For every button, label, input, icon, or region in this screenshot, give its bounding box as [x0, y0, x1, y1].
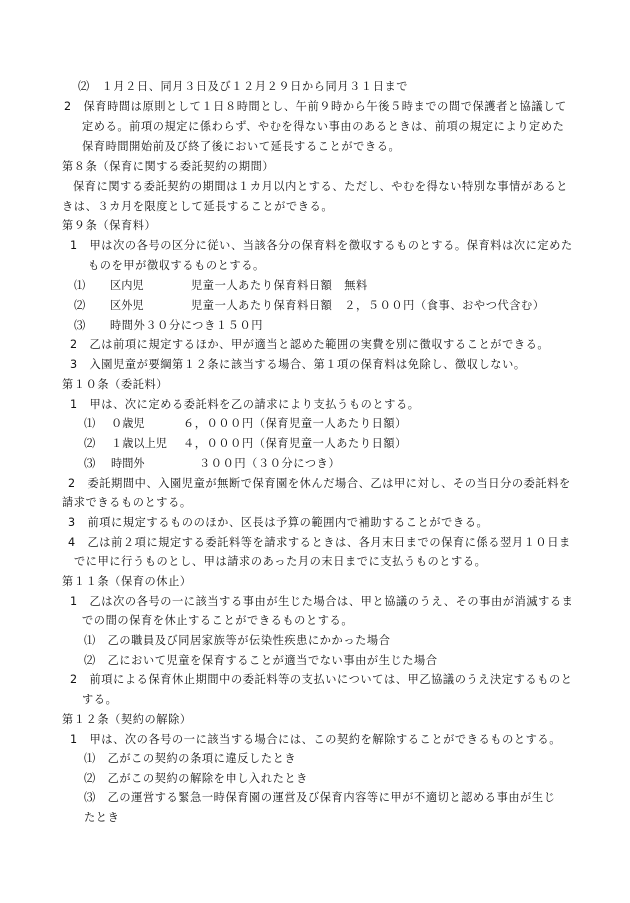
item-label: 時間外: [111, 457, 145, 471]
paragraph-line: 2 乙は前項に規定するほか、甲が適当と認めた範囲の実費を別に徴収することができる…: [70, 338, 549, 352]
item-value: 児童一人あたり保育料日額 ２，５００円（食事、おやつ代含む）: [191, 299, 545, 313]
list-item: ⑵ 乙において児童を保育することが適当でない事由が生じた場合: [84, 654, 438, 668]
item-number: ⑵: [84, 437, 95, 451]
item-number: ⑴: [74, 279, 85, 293]
item-value: 児童一人あたり保育料日額 無料: [191, 279, 368, 293]
paragraph-line: 4 乙は前２項に規定する委託料等を請求するときは、各月末日までの保育に係る翌月１…: [68, 536, 571, 550]
paragraph-line: 1 乙は次の各号の一に該当する事由が生じた場合は、甲と協議のうえ、その事由が消滅…: [70, 595, 573, 609]
item-number: ⑶: [84, 457, 95, 471]
item-label: １歳以上児: [111, 437, 167, 451]
document-page: ⑵ １月２日、同月３日及び１２月２９日から同月３１日まで 2 保育時間は原則とし…: [0, 0, 630, 903]
article-heading: 第１２条（契約の解除）: [62, 713, 192, 727]
item-label: 時間外３０分につき１５０円: [110, 319, 263, 333]
item-label: 区内児: [110, 279, 144, 293]
paragraph-line: たとき: [84, 811, 119, 825]
list-item: ⑶ 乙の運営する緊急一時保育園の運営及び保育内容等に甲が不適切と認める事由が生じ: [84, 791, 556, 805]
list-item: ⑵ 乙がこの契約の解除を申し入れたとき: [84, 772, 308, 786]
article-heading: 第９条（保育料）: [62, 219, 156, 233]
item-value: ４，０００円（保育児童一人あたり日額）: [183, 437, 407, 451]
article-heading: 第１０条（委託料）: [62, 378, 168, 392]
paragraph-line: 3 入園児童が要綱第１２条に該当する場合、第１項の保育料は免除し、徴収しない。: [70, 358, 526, 372]
paragraph-line: 保育に関する委託契約の期間は１カ月以内とする、ただし、やむを得ない特別な事情があ…: [73, 180, 568, 194]
paragraph-line: 3 前項に規定するもののほか、区長は予算の範囲内で補助することができる。: [68, 516, 488, 530]
paragraph-line: での間の保育を休止することができるものとする。: [82, 614, 353, 628]
item-label: 区外児: [110, 299, 144, 313]
paragraph-line: 1 甲は、次の各号の一に該当する場合には、この契約を解除することができるものとす…: [70, 733, 561, 747]
paragraph-line: 2 前項による保育休止期間中の委託料等の支払いについては、甲乙協議のうえ決定する…: [70, 673, 573, 687]
paragraph-line: 請求できるものとする。: [62, 496, 192, 510]
article-heading: 第１１条（保育の休止）: [62, 575, 192, 589]
item-label: ０歳児: [111, 417, 145, 431]
list-item: ⑴ 乙がこの契約の条項に違反したとき: [84, 752, 296, 766]
item-value: ６，０００円（保育児童一人あたり日額）: [183, 417, 407, 431]
paragraph-line: ものを甲が徴収するものとする。: [88, 259, 265, 273]
item-number: ⑴: [84, 417, 95, 431]
list-item: ⑴ 乙の職員及び同居家族等が伝染性疾患にかかった場合: [84, 634, 390, 648]
paragraph-line: する。: [82, 693, 117, 707]
article-heading: 第８条（保育に関する委託契約の期間）: [62, 160, 274, 174]
paragraph-line: 定める。前項の規定に係わらず、やむを得ない事由のあるときは、前項の規定により定め…: [82, 120, 564, 134]
item-number: ⑵: [74, 299, 85, 313]
paragraph-line: 1 甲は、次に定める委託料を乙の請求により支払うものとする。: [70, 398, 420, 412]
paragraph-line: 1 甲は次の各号の区分に従い、当該各分の保育料を徴収するものとする。保育料は次に…: [70, 239, 573, 253]
paragraph-line: 2 委託期間中、入園児童が無断で保育園を休んだ場合、乙は甲に対し、その当日分の委…: [68, 477, 571, 491]
paragraph-line: ⑵ １月２日、同月３日及び１２月２９日から同月３１日まで: [78, 80, 408, 94]
paragraph-line: きは、３カ月を限度として延長することができる。: [62, 200, 333, 214]
paragraph-line: 保育時間開始前及び終了後において延長することができる。: [82, 140, 400, 154]
paragraph-line: でに甲に行うものとし、甲は請求のあった月の末日までに支払うものとする。: [74, 555, 486, 569]
item-value: ３００円（３０分につき）: [199, 457, 340, 471]
item-number: ⑶: [74, 319, 85, 333]
paragraph-line: 2 保育時間は原則として１日８時間とし、午前９時から午後５時までの間で保護者と協…: [64, 100, 567, 114]
